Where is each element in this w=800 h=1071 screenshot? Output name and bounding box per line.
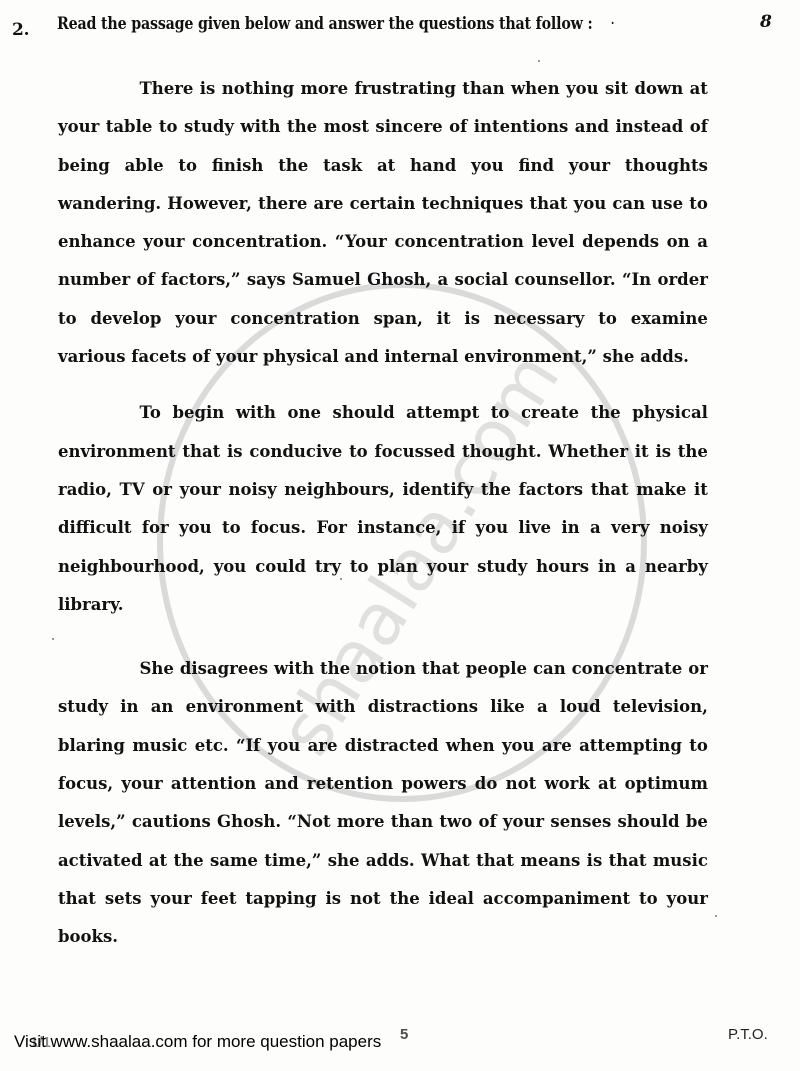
reading-passage: There is nothing more frustrating than w… — [58, 70, 728, 957]
passage-paragraph: There is nothing more frustrating than w… — [58, 70, 708, 376]
passage-paragraph: To begin with one should attempt to crea… — [58, 394, 708, 624]
exam-page: shaalaa.com 2. Read the passage given be… — [0, 0, 800, 1071]
question-instruction: Read the passage given below and answer … — [57, 14, 615, 34]
visit-link-text[interactable]: Visit www.shaalaa.com for more question … — [14, 1032, 381, 1052]
instruction-text: Read the passage given below and answer … — [57, 14, 593, 34]
separator-dot: · — [610, 14, 614, 34]
pto-label: P.T.O. — [728, 1026, 768, 1043]
page-footer: 1/1 Visit www.shaalaa.com for more quest… — [0, 1030, 800, 1060]
question-marks: 8 — [760, 12, 772, 32]
question-number: 2. — [12, 20, 29, 40]
passage-paragraph: She disagrees with the notion that peopl… — [58, 650, 708, 956]
page-number: 5 — [400, 1026, 408, 1043]
scan-speck — [52, 638, 54, 640]
scan-speck — [538, 60, 540, 62]
scan-speck — [340, 578, 342, 580]
scan-speck — [715, 915, 717, 917]
